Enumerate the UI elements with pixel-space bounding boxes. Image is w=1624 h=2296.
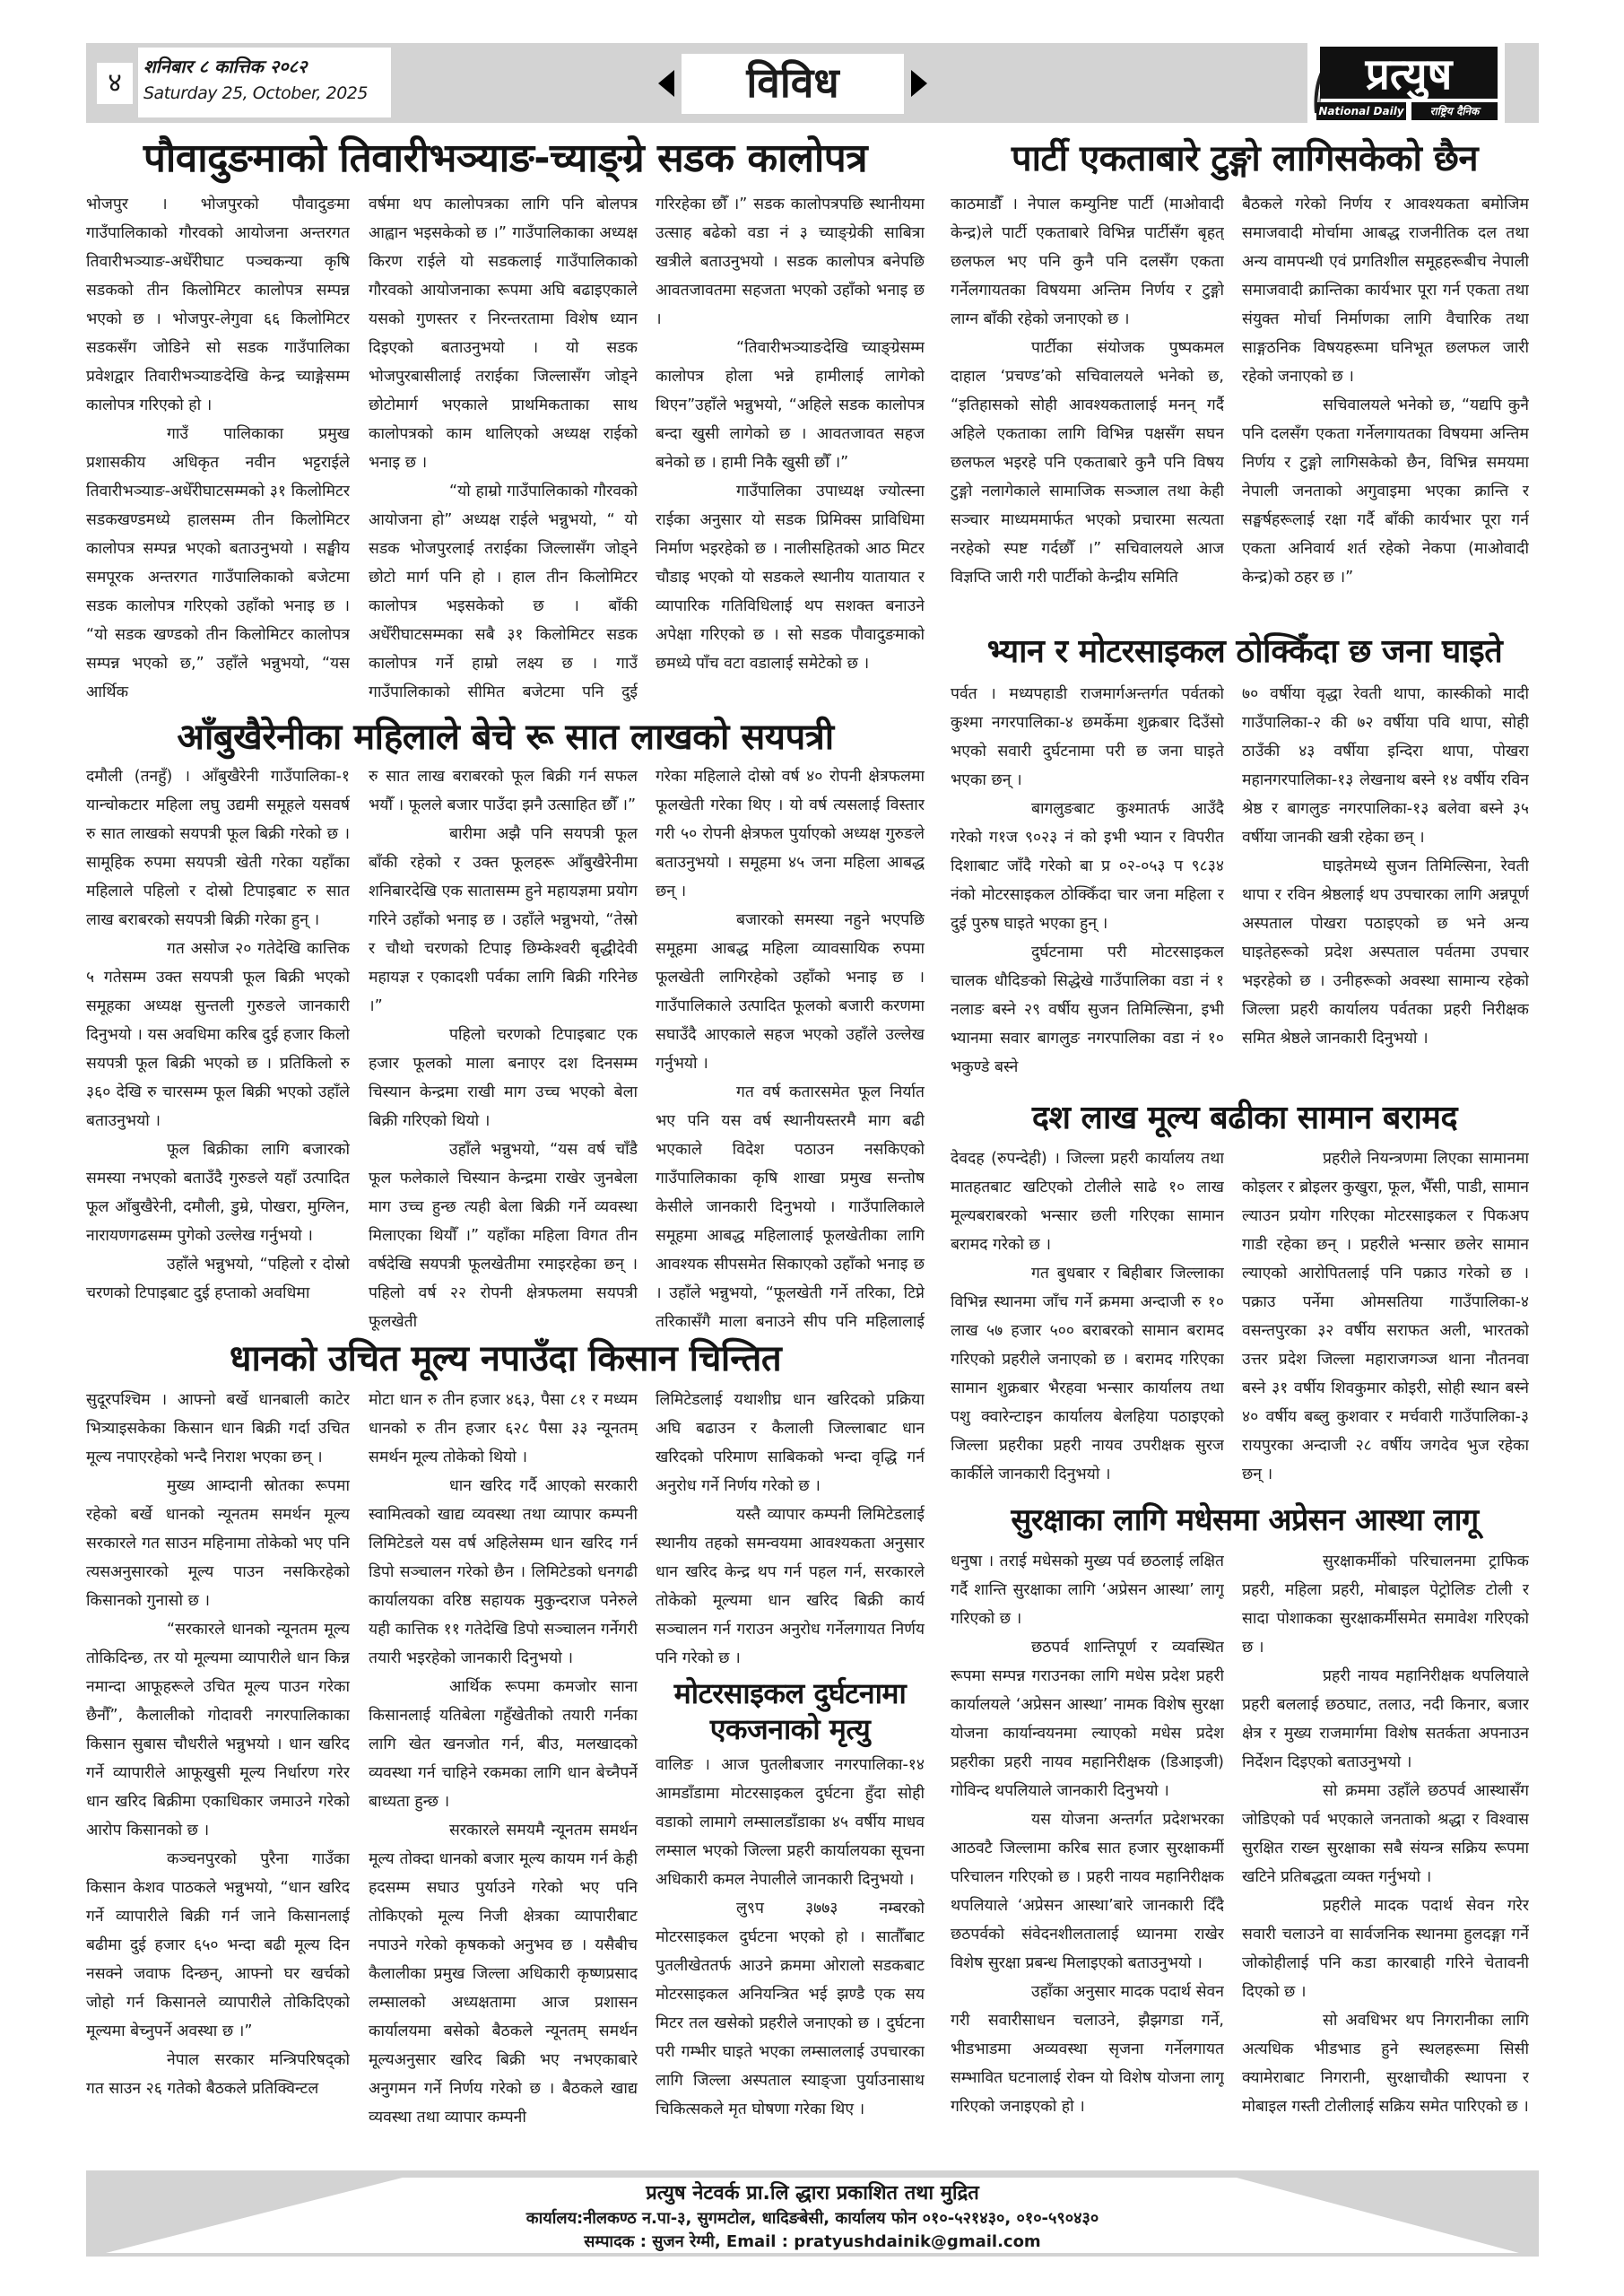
story-road-col-3: गरिरहेका छौँ ।” सडक कालोपत्रपछि स्थानीयम… [656, 190, 925, 701]
date-nepali: शनिबार ८ कात्तिक २०८२ [143, 53, 386, 80]
logo-tag-english: National Daily [1316, 102, 1406, 120]
story-flowers-col-2: रु सात लाख बराबरको फूल बिक्री गर्न सफल भ… [369, 762, 638, 1332]
paragraph: गरिरहेका छौँ ।” सडक कालोपत्रपछि स्थानीयम… [656, 190, 925, 334]
paragraph: सचिवालयले भनेको छ, “यद्यपि कुनै पनि दलसँ… [1242, 391, 1529, 592]
paragraph: बारीमा अझै पनि सयपत्री फूल बाँकी रहेको र… [369, 820, 638, 1021]
story-accident-col-2: ७० वर्षीया वृद्धा रेवती थापा, कास्कीको म… [1242, 680, 1529, 1088]
paragraph: बागलुङबाट कुश्मातर्फ आउँदै गरेको ग१ज ९०२… [951, 795, 1224, 938]
paragraph: बैठकले गरेको निर्णय र आवश्यकता बमोजिम सम… [1242, 190, 1529, 391]
paragraph: दमौली (तनहुँ) । आँबुखैरेनी गाउँपालिका-१ … [86, 762, 350, 935]
story-flowers-col-3: गरेका महिलाले दोस्रो वर्ष ४० रोपनी क्षेत… [656, 762, 925, 1332]
headline-accident: भ्यान र मोटरसाइकल ठोक्किँदा छ जना घाइते [951, 628, 1539, 676]
paragraph: मोटा धान रु तीन हजार ४६३, पैसा ८१ र मध्य… [369, 1386, 638, 1472]
paragraph: धनुषा । तराई मधेसको मुख्य पर्व छठलाई लक्… [951, 1547, 1224, 1633]
story-seizure-col-1: देवदह (रुपन्देही) । जिल्ला प्रहरी कार्या… [951, 1144, 1224, 1494]
paragraph: गत बुधबार र बिहीबार जिल्लाका विभिन्न स्थ… [951, 1259, 1224, 1489]
story-road-col-2: वर्षमा थप कालोपत्रका लागि पनि बोलपत्र आह… [369, 190, 638, 701]
paragraph: पर्वत । मध्यपहाडी राजमार्गअन्तर्गत पर्वत… [951, 680, 1224, 795]
triangle-left-icon [658, 70, 674, 97]
story-party-col-1: काठमाडौँ । नेपाल कम्युनिष्ट पार्टी (माओव… [951, 190, 1224, 625]
paragraph: लु९प ३७७३ नम्बरको मोटरसाइकल दुर्घटना भएक… [656, 1894, 925, 2124]
story-astha-col-2: सुरक्षाकर्मीको परिचालनमा ट्राफिक प्रहरी,… [1242, 1547, 1529, 2170]
paragraph: उहाँले भन्नुभयो, “पहिलो र दोस्रो चरणको ट… [86, 1250, 350, 1308]
story-party-col-2: बैठकले गरेको निर्णय र आवश्यकता बमोजिम सम… [1242, 190, 1529, 625]
story-seizure-col-2: प्रहरीले नियन्त्रणमा लिएका सामानमा कोइलर… [1242, 1144, 1529, 1494]
paragraph: बजारको समस्या नहुने भएपछि समूहमा आबद्ध म… [656, 906, 925, 1078]
paragraph: धान खरिद गर्दै आएको सरकारी स्वामित्वको ख… [369, 1472, 638, 1673]
paragraph: दुर्घटनामा परी मोटरसाइकल चालक धौदिङको सि… [951, 938, 1224, 1082]
story-paddy-col-3: लिमिटेडलाई यथाशीघ्र धान खरिदको प्रक्रिया… [656, 1386, 925, 1673]
paragraph: ७० वर्षीया वृद्धा रेवती थापा, कास्कीको म… [1242, 680, 1529, 852]
paragraph: “यो हाम्रो गाउँपालिकाको गौरवको आयोजना हो… [369, 477, 638, 701]
paragraph: छठपर्व शान्तिपूर्ण र व्यवस्थित रूपमा सम्… [951, 1633, 1224, 1805]
paragraph: वालिङ । आज पुतलीबजार नगरपालिका-१४ आमडाँड… [656, 1751, 925, 1894]
paragraph: लिमिटेडलाई यथाशीघ्र धान खरिदको प्रक्रिया… [656, 1386, 925, 1500]
paragraph: सुदूरपश्चिम । आफ्नो बर्खे धानबाली काटेर … [86, 1386, 350, 1472]
section-title: विविध [682, 54, 904, 114]
headline-party: पार्टी एकताबारे टुङ्गो लागिसकेको छैन [951, 133, 1539, 185]
paragraph: गत असोज २० गतेदेखि कात्तिक ५ गतेसम्म उक्… [86, 935, 350, 1135]
story-paddy-col-1: सुदूरपश्चिम । आफ्नो बर्खे धानबाली काटेर … [86, 1386, 350, 2170]
paragraph: “तिवारीभञ्याङदेखि च्याङ्ग्रेसम्म कालोपत्… [656, 334, 925, 477]
paragraph: प्रहरीले नियन्त्रणमा लिएका सामानमा कोइलर… [1242, 1144, 1529, 1489]
headline-motorcycle-death: मोटरसाइकल दुर्घटनामा एकजनाको मृत्यु [656, 1675, 925, 1747]
triangle-right-icon [911, 70, 927, 97]
logo-masthead: प्रत्युष [1320, 47, 1498, 99]
paragraph: उहाँका अनुसार मादक पदार्थ सेवन गरी सवारी… [951, 1978, 1224, 2121]
paragraph: “सरकारले धानको न्यूनतम मूल्य तोकिदिन्छ, … [86, 1615, 350, 1845]
paragraph: फूल बिक्रीका लागि बजारको समस्या नभएको बत… [86, 1135, 350, 1250]
paragraph: पार्टीका संयोजक पुष्पकमल दाहाल ‘प्रचण्ड’… [951, 334, 1224, 592]
paragraph: भोजपुर । भोजपुरको पौवादुङमा गाउँपालिकाको… [86, 190, 350, 420]
story-paddy-col-2: मोटा धान रु तीन हजार ४६३, पैसा ८१ र मध्य… [369, 1386, 638, 2170]
paragraph: नेपाल सरकार मन्त्रिपरिषद्को गत साउन २६ ग… [86, 2046, 350, 2103]
story-accident-col-1: पर्वत । मध्यपहाडी राजमार्गअन्तर्गत पर्वत… [951, 680, 1224, 1088]
paragraph: सो अवधिभर थप निगरानीका लागि अत्यधिक भीडभ… [1242, 2006, 1529, 2121]
paragraph: कञ्चनपुरको पुरैना गाउँका किसान केशव पाठक… [86, 1845, 350, 2046]
page-number: ४ [97, 63, 133, 104]
paragraph: रु सात लाख बराबरको फूल बिक्री गर्न सफल भ… [369, 762, 638, 820]
paragraph: गाउँपालिका उपाध्यक्ष ज्योत्स्ना राईका अन… [656, 477, 925, 678]
footer-publisher: प्रत्युष नेटवर्क प्रा.लि द्धारा प्रकाशित… [86, 2181, 1539, 2206]
paragraph: प्रहरी नायव महानिरीक्षक थपलियाले प्रहरी … [1242, 1662, 1529, 1777]
headline-flowers: आँबुखैरेनीका महिलाले बेचे रू सात लाखको स… [86, 713, 925, 761]
paragraph: गत वर्ष कतारसमेत फूल निर्यात भए पनि यस व… [656, 1078, 925, 1332]
footer-address: कार्यालय:नीलकण्ठ न.पा-३, सुगमटोल, धादिङब… [86, 2208, 1539, 2230]
newspaper-logo: प्रत्युष National Daily राष्ट्रिय दैनिक [1307, 43, 1505, 124]
story-flowers-col-1: दमौली (तनहुँ) । आँबुखैरेनी गाउँपालिका-१ … [86, 762, 350, 1332]
paragraph: यस योजना अन्तर्गत प्रदेशभरका आठवटै जिल्ल… [951, 1805, 1224, 1978]
paragraph: प्रहरीले मादक पदार्थ सेवन गरेर सवारी चला… [1242, 1892, 1529, 2006]
paragraph: यस्तै व्यापार कम्पनी लिमिटेडलाई स्थानीय … [656, 1500, 925, 1673]
footer-editor-email: सम्पादक : सुजन रेग्मी, Email : pratyushd… [86, 2231, 1539, 2253]
story-road-col-1: भोजपुर । भोजपुरको पौवादुङमा गाउँपालिकाको… [86, 190, 350, 701]
paragraph: घाइतेमध्ये सुजन तिमिल्सिना, रेवती थापा र… [1242, 852, 1529, 1053]
paragraph: आर्थिक रूपमा कमजोर साना किसानलाई यतिबेला… [369, 1673, 638, 1816]
paragraph: गरेका महिलाले दोस्रो वर्ष ४० रोपनी क्षेत… [656, 762, 925, 906]
headline-road: पौवादुङमाको तिवारीभञ्याङ-च्याङ्ग्रे सडक … [86, 133, 925, 185]
headline-line-1: मोटरसाइकल दुर्घटनामा [656, 1675, 925, 1711]
headline-paddy: धानको उचित मूल्य नपाउँदा किसान चिन्तित [86, 1335, 925, 1383]
paragraph: सरकारले समयमै न्यूनतम समर्थन मूल्य तोक्द… [369, 1816, 638, 2132]
dateline: शनिबार ८ कात्तिक २०८२ Saturday 25, Octob… [138, 48, 391, 117]
paragraph: वर्षमा थप कालोपत्रका लागि पनि बोलपत्र आह… [369, 190, 638, 477]
paragraph: सो क्रममा उहाँले छठपर्व आस्थासँग जोडिएको… [1242, 1777, 1529, 1892]
paragraph: काठमाडौँ । नेपाल कम्युनिष्ट पार्टी (माओव… [951, 190, 1224, 334]
story-astha-col-1: धनुषा । तराई मधेसको मुख्य पर्व छठलाई लक्… [951, 1547, 1224, 2170]
logo-tag-nepali: राष्ट्रिय दैनिक [1411, 102, 1498, 120]
paragraph: देवदह (रुपन्देही) । जिल्ला प्रहरी कार्या… [951, 1144, 1224, 1259]
story-motorcycle-death-col: वालिङ । आज पुतलीबजार नगरपालिका-१४ आमडाँड… [656, 1751, 925, 2172]
section-label: विविध [658, 54, 927, 114]
paragraph: पहिलो चरणको टिपाइबाट एक हजार फूलको माला … [369, 1021, 638, 1135]
paragraph: गाउँ पालिकाका प्रमुख प्रशासकीय अधिकृत नव… [86, 420, 350, 701]
headline-line-2: एकजनाको मृत्यु [656, 1711, 925, 1747]
paragraph: मुख्य आम्दानी स्रोतका रूपमा रहेको बर्खे … [86, 1472, 350, 1615]
headline-operation-astha: सुरक्षाका लागि मधेसमा अप्रेसन आस्था लागू [951, 1496, 1539, 1544]
headline-seizure: दश लाख मूल्य बढीका सामान बरामद [951, 1094, 1539, 1143]
date-english: Saturday 25, October, 2025 [143, 80, 386, 107]
paragraph: सुरक्षाकर्मीको परिचालनमा ट्राफिक प्रहरी,… [1242, 1547, 1529, 1662]
paragraph: उहाँले भन्नुभयो, “यस वर्ष चाँडै फूल फलेक… [369, 1135, 638, 1332]
